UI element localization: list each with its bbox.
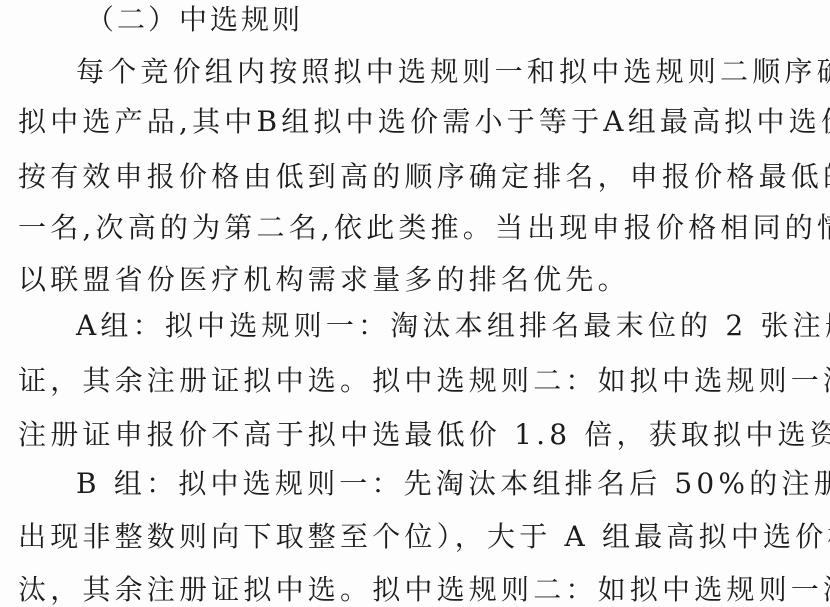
paragraph-line: B 组：拟中选规则一：先淘汰本组排名后 50%的注册证(如 [76, 467, 830, 501]
paragraph-line: 证，其余注册证拟中选。拟中选规则二：如拟中选规则一淘汰的 [18, 364, 830, 398]
paragraph-line: 以联盟省份医疗机构需求量多的排名优先。 [18, 263, 630, 297]
paragraph-line: 出现非整数则向下取整至个位），大于 A 组最高拟中选价格的淘 [18, 520, 830, 554]
paragraph-line: 注册证申报价不高于拟中选最低价 1.8 倍，获取拟中选资格。 [18, 418, 830, 452]
paragraph-line: 一名,次高的为第二名,依此类推。当出现申报价格相同的情况， [18, 211, 830, 245]
paragraph-line: 按有效申报价格由低到高的顺序确定排名，申报价格最低的为第 [18, 160, 830, 194]
document-page: （二）中选规则 每个竞价组内按照拟中选规则一和拟中选规则二顺序确定 拟中选产品,… [0, 0, 830, 607]
section-heading: （二）中选规则 [86, 3, 303, 37]
paragraph-line: A组：拟中选规则一：淘汰本组排名最末位的 2 张注册 [76, 309, 830, 343]
paragraph-line: 汰，其余注册证拟中选。拟中选规则二：如拟中选规则一淘汰的 [18, 573, 830, 607]
paragraph-line: 拟中选产品,其中B组拟中选价需小于等于A组最高拟中选价格。 [18, 105, 830, 139]
paragraph-line: 每个竞价组内按照拟中选规则一和拟中选规则二顺序确定 [76, 55, 830, 89]
